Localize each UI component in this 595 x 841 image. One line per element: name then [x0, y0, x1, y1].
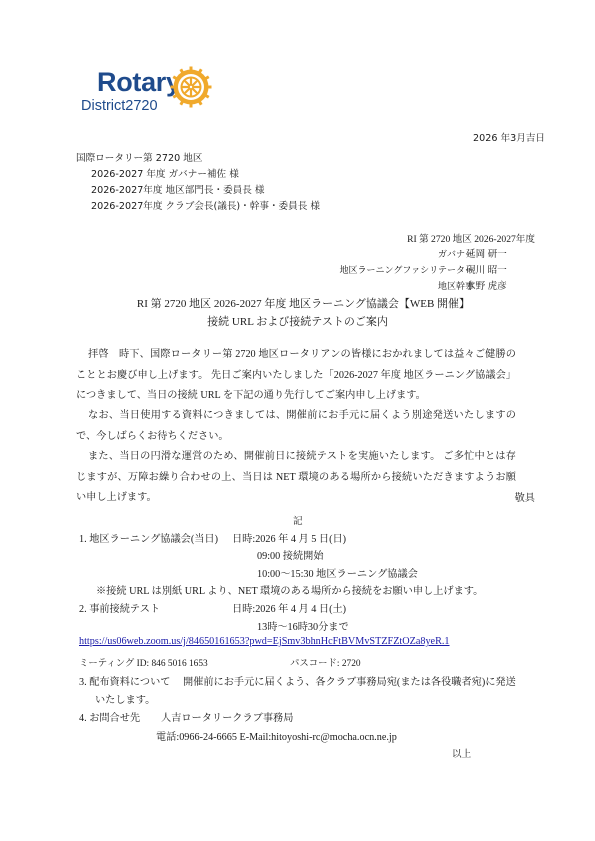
- sender-role: 地区ラーニングファシリテーター: [340, 263, 474, 276]
- addressee-line: 2026-2027 年度 ガバナー補佐 様: [91, 166, 239, 180]
- item-4-contact: 電話:0966-24-6665 E-Mail:hitoyoshi-rc@moch…: [156, 728, 397, 743]
- item-3-label: 3. 配布資料について: [79, 673, 170, 688]
- title-line-1: RI 第 2720 地区 2026-2027 年度 地区ラーニング協議会【WEB…: [0, 295, 595, 311]
- addressee-line: 2026-2027年度 地区部門長・委員長 様: [91, 182, 265, 196]
- sender-org: RI 第 2720 地区 2026-2027年度: [407, 231, 535, 245]
- item-2-time: 13時～16時30分まで: [257, 618, 349, 633]
- ki-heading: 記: [293, 513, 303, 527]
- logo-district-label: District2720: [81, 98, 158, 114]
- item-2-datetime: 日時:2026 年 4 月 4 日(土): [232, 600, 346, 615]
- item-4-label: 4. お問合せ先: [79, 709, 140, 724]
- logo-rotary-wordmark: Rotary: [97, 67, 181, 98]
- item-1-schedule-main: 10:00～15:30 地区ラーニング協議会: [257, 565, 418, 580]
- closing-ijou: 以上: [452, 746, 471, 760]
- addressee-org: 国際ロータリー第 2720 地区: [76, 150, 202, 164]
- body-paragraph-2: なお、当日使用する資料につきましては、開催前にお手元に届くよう別途発送いたします…: [76, 406, 516, 447]
- item-1-schedule-start: 09:00 接続開始: [257, 547, 324, 562]
- zoom-meeting-link[interactable]: https://us06web.zoom.us/j/84650161653?pw…: [79, 636, 450, 647]
- item-1-note: ※接続 URL は別紙 URL より、NET 環境のある場所から接続をお願い申し…: [96, 582, 483, 597]
- addressee-line: 2026-2027年度 クラブ会長(議長)・幹事・委員長 様: [91, 198, 320, 212]
- meeting-passcode: パスコード: 2720: [290, 655, 361, 669]
- item-2-label: 2. 事前接続テスト: [79, 600, 160, 615]
- title-line-2: 接続 URL および接続テストのご案内: [0, 313, 595, 329]
- body-paragraph-1: 拝啓 時下、国際ロータリー第 2720 地区ロータリアンの皆様におかれましては益…: [76, 345, 516, 407]
- rotary-wheel-icon: [170, 66, 212, 108]
- item-3-text: 開催前にお手元に届くよう、各クラブ事務局宛(または各役職者宛)に発送: [183, 673, 516, 688]
- sender-name: 延岡 研一: [466, 246, 507, 260]
- item-4-org: 人吉ロータリークラブ事務局: [161, 709, 293, 724]
- sender-name: 水野 虎彦: [466, 278, 507, 292]
- meeting-id: ミーティング ID: 846 5016 1653: [79, 655, 208, 669]
- body-paragraph-3: また、当日の円滑な運営のため、開催前日に接続テストを実施いたします。 ご多忙中と…: [76, 447, 516, 509]
- sender-name: 硯川 昭一: [466, 262, 507, 276]
- document-date: 2026 年3月吉日: [473, 130, 545, 144]
- item-1-label: 1. 地区ラーニング協議会(当日): [79, 530, 218, 545]
- item-1-datetime: 日時:2026 年 4 月 5 日(日): [232, 530, 346, 545]
- closing-keigu: 敬具: [515, 489, 535, 504]
- item-3-text-cont: いたします。: [95, 691, 155, 706]
